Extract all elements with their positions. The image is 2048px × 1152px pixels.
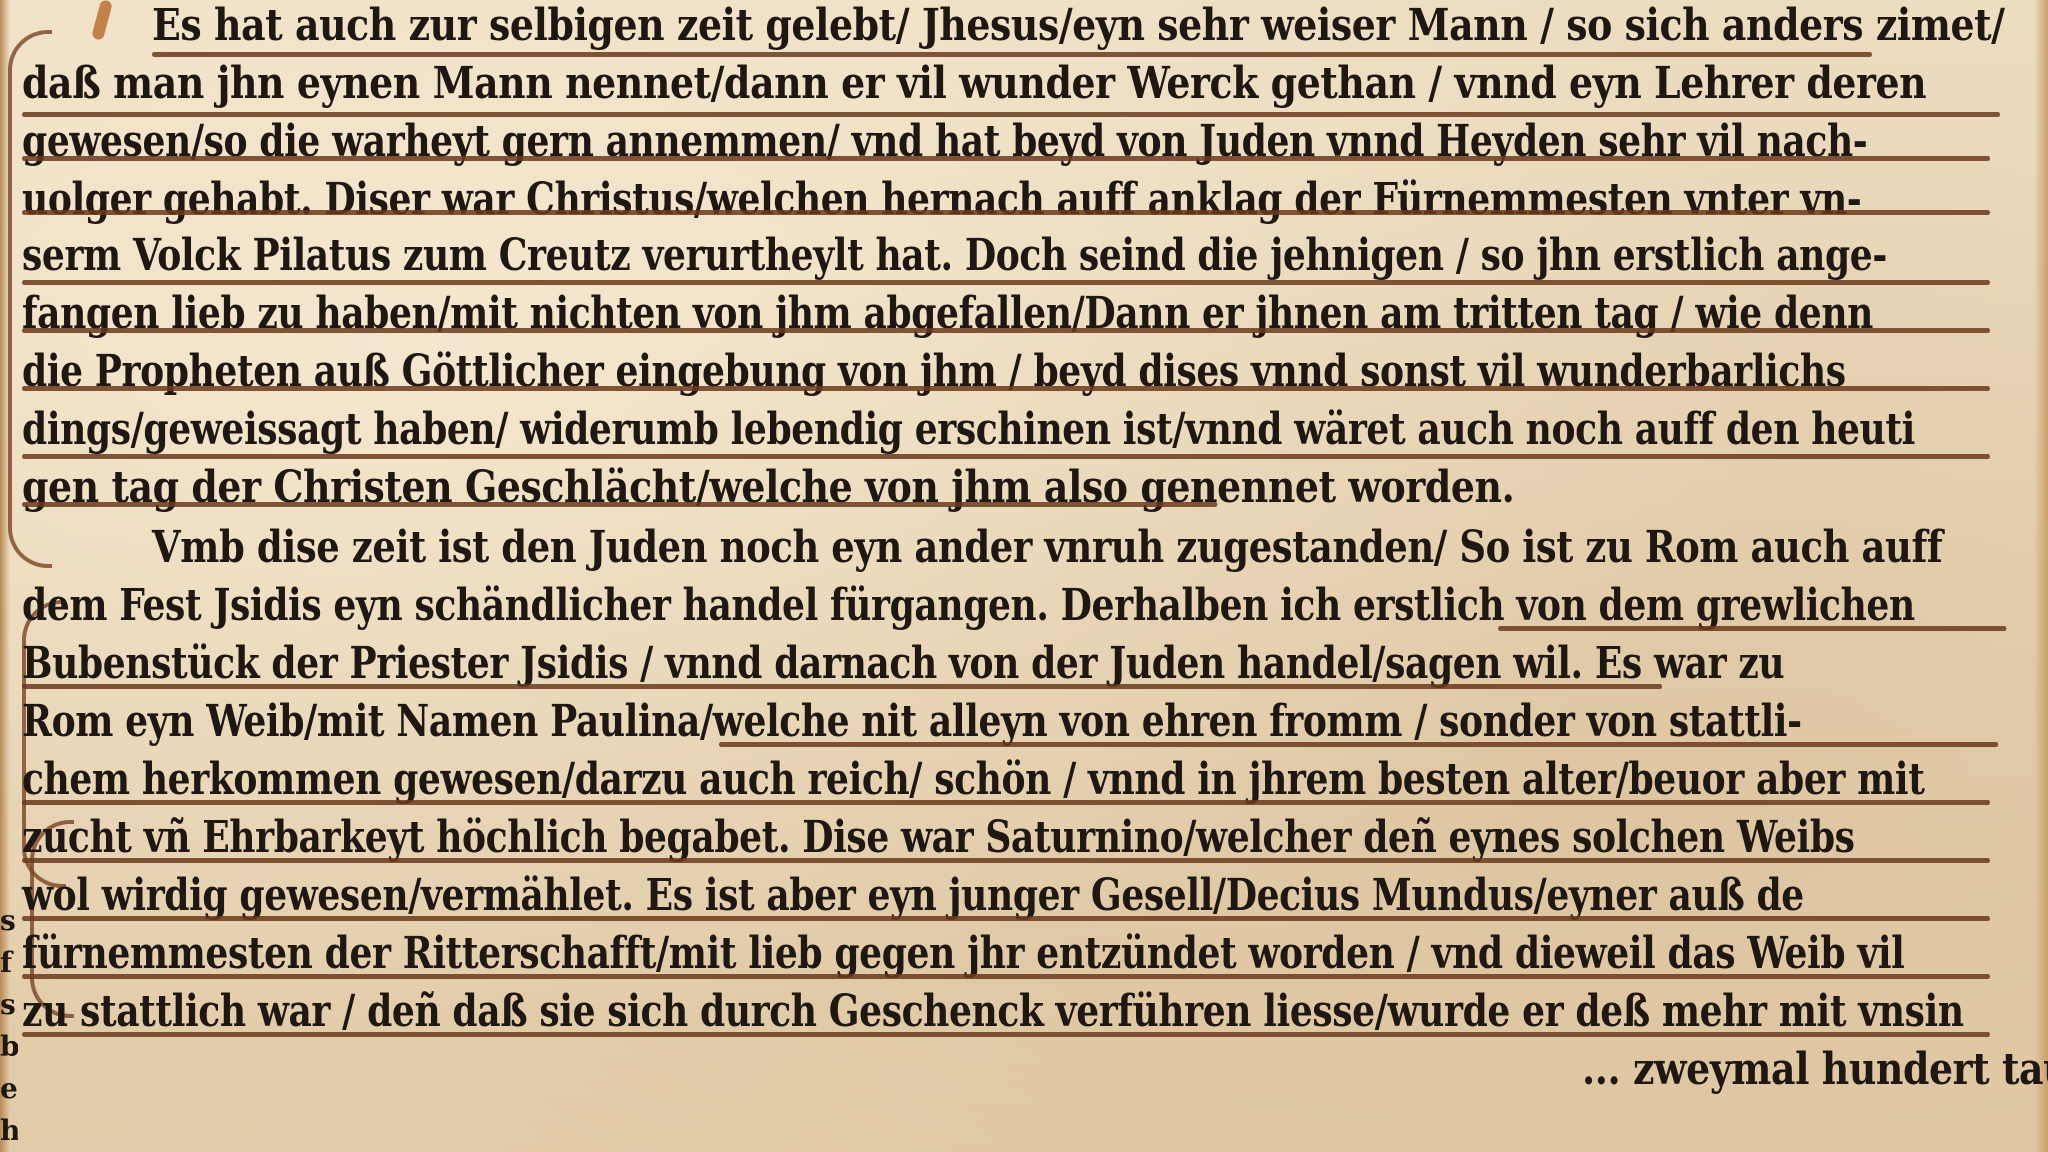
margin-letter: h bbox=[0, 1110, 18, 1152]
line-text: Bubenstück der Priester Jsidis / vnnd da… bbox=[22, 638, 1784, 689]
line-text: fürnemmesten der Ritterschafft/mit lieb … bbox=[22, 928, 1904, 979]
line-text: Vmb dise zeit ist den Juden noch eyn and… bbox=[152, 522, 1942, 573]
ink-underline bbox=[22, 858, 1990, 863]
text-line: fürnemmesten der Ritterschafft/mit lieb … bbox=[22, 928, 1904, 979]
text-line: fangen lieb zu haben/mit nichten von jhm… bbox=[22, 288, 1873, 339]
ink-underline bbox=[22, 502, 1217, 507]
margin-letter: s bbox=[0, 900, 18, 942]
margin-letter: f bbox=[0, 942, 18, 984]
marginal-ink-stroke bbox=[91, 0, 113, 41]
line-text: daß man jhn eynen Mann nennet/dann er vi… bbox=[22, 58, 1926, 109]
ink-underline bbox=[22, 684, 1662, 689]
margin-letter: e bbox=[0, 1068, 18, 1110]
document-page: s f s b e h Es hat auch zur selbigen zei… bbox=[0, 0, 2048, 1152]
line-text: wol wirdig gewesen/vermählet. Es ist abe… bbox=[22, 870, 1804, 921]
margin-letter: b bbox=[0, 1026, 18, 1068]
ink-underline bbox=[152, 52, 1872, 57]
line-text: zu stattlich war / deñ daß sie sich durc… bbox=[22, 986, 1964, 1037]
ink-underline bbox=[1498, 626, 2006, 631]
text-line: dings/geweissagt haben/ widerumb lebendi… bbox=[22, 404, 1915, 455]
text-line: Bubenstück der Priester Jsidis / vnnd da… bbox=[22, 638, 1784, 689]
ink-underline bbox=[22, 1032, 1990, 1037]
ink-underline bbox=[22, 916, 1990, 921]
ink-underline bbox=[719, 742, 1998, 747]
text-line: dem Fest Jsidis eyn schändlicher handel … bbox=[22, 580, 1915, 631]
line-text: dem Fest Jsidis eyn schändlicher handel … bbox=[22, 580, 1915, 631]
line-text: Rom eyn Weib/mit Namen Paulina/welche ni… bbox=[22, 696, 1802, 747]
ink-underline bbox=[22, 386, 1990, 391]
text-line: chem herkommen gewesen/darzu auch reich/… bbox=[22, 754, 1924, 805]
text-line: gen tag der Christen Geschlächt/welche v… bbox=[22, 462, 1514, 513]
text-line: serm Volck Pilatus zum Creutz verurtheyl… bbox=[22, 230, 1887, 281]
text-line: zucht vñ Ehrbarkeyt höchlich begabet. Di… bbox=[22, 812, 1855, 863]
ink-underline bbox=[22, 156, 1990, 161]
line-text: zucht vñ Ehrbarkeyt höchlich begabet. Di… bbox=[22, 812, 1855, 863]
page-edge-right bbox=[2034, 0, 2048, 1152]
text-line: gewesen/so die warheyt gern annemmen/ vn… bbox=[22, 116, 1867, 167]
text-line-partial: ... zweymal hundert tausent Drach bbox=[1582, 1044, 2048, 1095]
margin-letter: s bbox=[0, 984, 18, 1026]
ink-underline bbox=[22, 328, 1990, 333]
line-text: ... zweymal hundert tausent Drach bbox=[1582, 1044, 2048, 1095]
ink-underline bbox=[22, 974, 1990, 979]
text-line: die Propheten auß Göttlicher eingebung v… bbox=[22, 346, 1846, 397]
line-text: uolger gehabt. Diser war Christus/welche… bbox=[22, 174, 1861, 225]
ink-underline bbox=[22, 454, 1990, 459]
margin-letters: s f s b e h bbox=[0, 900, 18, 1152]
text-line: daß man jhn eynen Mann nennet/dann er vi… bbox=[22, 58, 1926, 109]
text-line: uolger gehabt. Diser war Christus/welche… bbox=[22, 174, 1861, 225]
ink-underline bbox=[22, 800, 1990, 805]
line-text: serm Volck Pilatus zum Creutz verurtheyl… bbox=[22, 230, 1887, 281]
text-line: wol wirdig gewesen/vermählet. Es ist abe… bbox=[22, 870, 1804, 921]
line-text: Es hat auch zur selbigen zeit gelebt/ Jh… bbox=[152, 0, 2005, 51]
line-text: chem herkommen gewesen/darzu auch reich/… bbox=[22, 754, 1924, 805]
text-line: Vmb dise zeit ist den Juden noch eyn and… bbox=[152, 522, 1942, 573]
text-line: Rom eyn Weib/mit Namen Paulina/welche ni… bbox=[22, 696, 1802, 747]
line-text: dings/geweissagt haben/ widerumb lebendi… bbox=[22, 404, 1915, 455]
text-line: zu stattlich war / deñ daß sie sich durc… bbox=[22, 986, 1964, 1037]
text-line: Es hat auch zur selbigen zeit gelebt/ Jh… bbox=[152, 0, 2005, 51]
ink-underline bbox=[22, 280, 1990, 285]
ink-underline bbox=[22, 210, 1990, 215]
